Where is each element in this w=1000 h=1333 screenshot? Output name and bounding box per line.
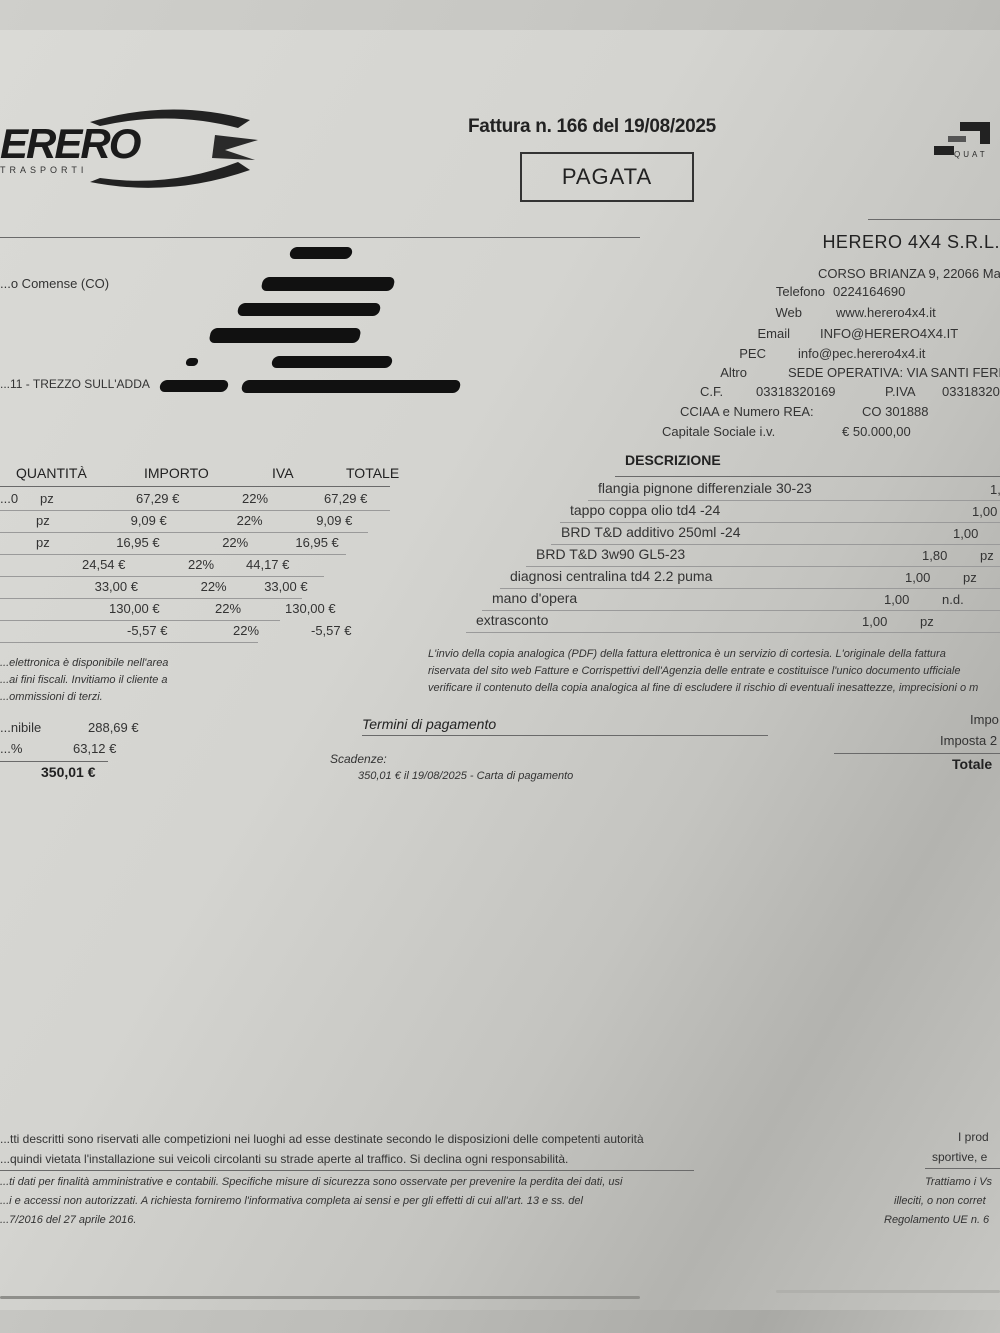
col-quantity: QUANTITÀ (16, 465, 87, 481)
seller-cf-value: 03318320169 (756, 384, 836, 399)
footer-right-small: Trattiamo i Vs (925, 1176, 992, 1188)
table-row-rule (0, 510, 390, 511)
row-quantity: 1,00 (953, 526, 978, 541)
row-total: 9,09 € (316, 513, 352, 528)
row-unit: pz (920, 614, 934, 629)
items-header-rule (0, 486, 390, 487)
table-row-rule (466, 632, 1000, 633)
row-description: extrasconto (476, 612, 548, 628)
seller-capital-value: € 50.000,00 (842, 424, 911, 439)
description-header: DESCRIZIONE (625, 452, 721, 468)
notice-left-line: ...ai fini fiscali. Invitiamo il cliente… (0, 672, 168, 689)
summary-right-rule (834, 753, 1000, 754)
footer-right-small: Regolamento UE n. 6 (884, 1214, 989, 1226)
redacted-client-line (208, 328, 361, 343)
seller-rea-label: CCIAA e Numero REA: (680, 404, 814, 419)
row-quantity: 1,00 (884, 592, 909, 607)
seller-email-value[interactable]: INFO@HERERO4X4.IT (820, 326, 958, 341)
table-row-rule (551, 544, 1000, 545)
summary-rule (0, 761, 108, 762)
notice-left: ...elettronica è disponibile nell'area .… (0, 655, 168, 706)
company-logo: ERERO (0, 100, 270, 195)
seller-piva-label: P.IVA (885, 384, 916, 399)
row-vat: 22% (188, 557, 214, 572)
herero-swoosh-icon: ERERO (0, 100, 270, 195)
footer-right-line: I prod (958, 1130, 989, 1144)
footer-privacy-line: ...ti dati per finalità amministrative e… (0, 1176, 622, 1188)
table-row-rule (500, 588, 1000, 589)
row-unit: n.d. (942, 592, 964, 607)
row-quantity: 1,00 (905, 570, 930, 585)
row-vat: 22% (215, 601, 241, 616)
notice-right-line: verificare il contenuto della copia anal… (428, 680, 978, 697)
seller-phone-label: Telefono (776, 284, 825, 299)
row-quantity: 1,00 (862, 614, 887, 629)
row-description: flangia pignone differenziale 30-23 (598, 480, 812, 496)
row-unit: pz (36, 513, 50, 528)
row-amount: 9,09 € (131, 513, 167, 528)
table-row-rule (560, 522, 1000, 523)
table-row-rule (482, 610, 1000, 611)
footer-privacy-line: ...i e accessi non autorizzati. A richie… (0, 1195, 583, 1207)
summary-right-total-label: Totale (952, 756, 992, 772)
row-amount: 67,29 € (136, 491, 179, 506)
logo-tagline: TRASPORTI (0, 165, 87, 175)
summary-taxable-value: 288,69 € (88, 720, 139, 735)
table-row-rule (0, 620, 280, 621)
payment-terms-title: Termini di pagamento (362, 716, 496, 732)
seller-capital-label: Capitale Sociale i.v. (662, 424, 775, 439)
client-address: ...11 - TREZZO SULL'ADDA (0, 377, 150, 391)
seller-email-label: Email (757, 326, 790, 341)
row-vat: 22% (222, 535, 248, 550)
row-total: -5,57 € (311, 623, 351, 638)
col-total: TOTALE (346, 465, 399, 481)
paid-stamp: PAGATA (520, 152, 694, 202)
row-total: 44,17 € (246, 557, 289, 572)
seller-piva-value: 03318320169 (942, 384, 1000, 399)
row-total: 67,29 € (324, 491, 367, 506)
table-row-rule (0, 598, 302, 599)
redacted-client-line (271, 356, 394, 368)
redacted-client-line (237, 303, 382, 316)
row-total: 130,00 € (285, 601, 336, 616)
summary-vat-label: ...% (0, 741, 22, 756)
table-row-rule (0, 532, 368, 533)
table-row-rule (526, 566, 1000, 567)
row-unit: pz (36, 535, 50, 550)
table-row-rule (0, 576, 324, 577)
row-description: tappo coppa olio td4 -24 (570, 502, 720, 518)
row-amount: 33,00 € (95, 579, 138, 594)
footer-privacy-line: ...7/2016 del 27 aprile 2016. (0, 1214, 136, 1226)
table-row-rule (588, 500, 1000, 501)
secondary-logo: QUAT (930, 118, 1000, 163)
summary-total-value: 350,01 € (41, 764, 96, 780)
row-qty: ...0 (0, 491, 18, 506)
row-vat: 22% (233, 623, 259, 638)
paper-fold-line (776, 1290, 1000, 1293)
redacted-client-name (289, 247, 354, 259)
seller-cf-label: C.F. (700, 384, 723, 399)
footer-right-small: illeciti, o non corret (894, 1195, 986, 1207)
table-row-rule (0, 642, 258, 643)
client-location: ...o Comense (CO) (0, 276, 109, 291)
row-amount: 24,54 € (82, 557, 125, 572)
header-divider-right (868, 219, 1000, 220)
row-vat: 22% (201, 579, 227, 594)
row-description: BRD T&D additivo 250ml -24 (561, 524, 740, 540)
seller-pec-label: PEC (739, 346, 766, 361)
notice-right-line: riservata del sito web Fatture e Corrisp… (428, 663, 978, 680)
paid-stamp-text: PAGATA (562, 164, 652, 190)
footer-disclaimer-line: ...quindi vietata l'installazione sui ve… (0, 1152, 568, 1166)
svg-text:ERERO: ERERO (0, 120, 141, 167)
row-unit: pz (963, 570, 977, 585)
row-unit: pz (40, 491, 54, 506)
redacted-client-line (241, 380, 462, 393)
footer-disclaimer-line: ...tti descritti sono riservati alle com… (0, 1132, 644, 1146)
row-description: mano d'opera (492, 590, 577, 606)
row-description: diagnosi centralina td4 2.2 puma (510, 568, 712, 584)
seller-other-label: Altro (720, 365, 747, 380)
summary-taxable-label: ...nibile (0, 720, 41, 735)
row-amount: 130,00 € (109, 601, 160, 616)
paper-fold-line (0, 1296, 640, 1299)
col-amount: IMPORTO (144, 465, 209, 481)
payment-terms-rule (362, 735, 768, 736)
payment-due-line: 350,01 € il 19/08/2025 - Carta di pagame… (358, 770, 573, 782)
description-header-rule (615, 476, 1000, 477)
seller-web-value[interactable]: www.herero4x4.it (836, 305, 936, 320)
notice-right-line: L'invio della copia analogica (PDF) dell… (428, 646, 978, 663)
row-vat: 22% (242, 491, 268, 506)
secondary-logo-caption: QUAT (954, 150, 988, 159)
payment-due-label: Scadenze: (330, 752, 387, 766)
footer-rule-left (0, 1170, 694, 1171)
summary-vat-value: 63,12 € (73, 741, 116, 756)
seller-pec-value[interactable]: info@pec.herero4x4.it (798, 346, 925, 361)
notice-left-line: ...elettronica è disponibile nell'area (0, 655, 168, 672)
seller-address: CORSO BRIANZA 9, 22066 Mariano (818, 266, 1000, 281)
col-vat: IVA (272, 465, 294, 481)
seller-web-label: Web (776, 305, 803, 320)
header-divider-left (0, 237, 640, 238)
redacted-client-line (159, 380, 230, 392)
notice-right: L'invio della copia analogica (PDF) dell… (428, 646, 978, 697)
seller-other-value: SEDE OPERATIVA: VIA SANTI FERNANDO (788, 365, 1000, 380)
row-description: BRD T&D 3w90 GL5-23 (536, 546, 685, 562)
row-amount: 16,95 € (116, 535, 159, 550)
row-unit: pz (980, 548, 994, 563)
footer-rule-right (925, 1168, 1000, 1169)
row-quantity: 1,80 (922, 548, 947, 563)
row-quantity: 1,00 (972, 504, 997, 519)
row-vat: 22% (237, 513, 263, 528)
invoice-title: Fattura n. 166 del 19/08/2025 (468, 116, 716, 138)
notice-left-line: ...ommissioni di terzi. (0, 689, 168, 706)
row-amount: -5,57 € (127, 623, 167, 638)
seller-phone-value: 0224164690 (833, 284, 905, 299)
row-quantity: 1, (990, 482, 1000, 497)
redacted-client-line (261, 277, 396, 291)
footer-right-line: sportive, e (932, 1150, 987, 1164)
row-total: 16,95 € (295, 535, 338, 550)
row-total: 33,00 € (264, 579, 307, 594)
summary-right-vat-label: Imposta 2 (940, 733, 997, 748)
seller-name: HERERO 4X4 S.R.L. (822, 232, 1000, 253)
table-row-rule (0, 554, 346, 555)
seller-rea-value: CO 301888 (862, 404, 929, 419)
summary-right-taxable-label: Impo (970, 712, 999, 727)
